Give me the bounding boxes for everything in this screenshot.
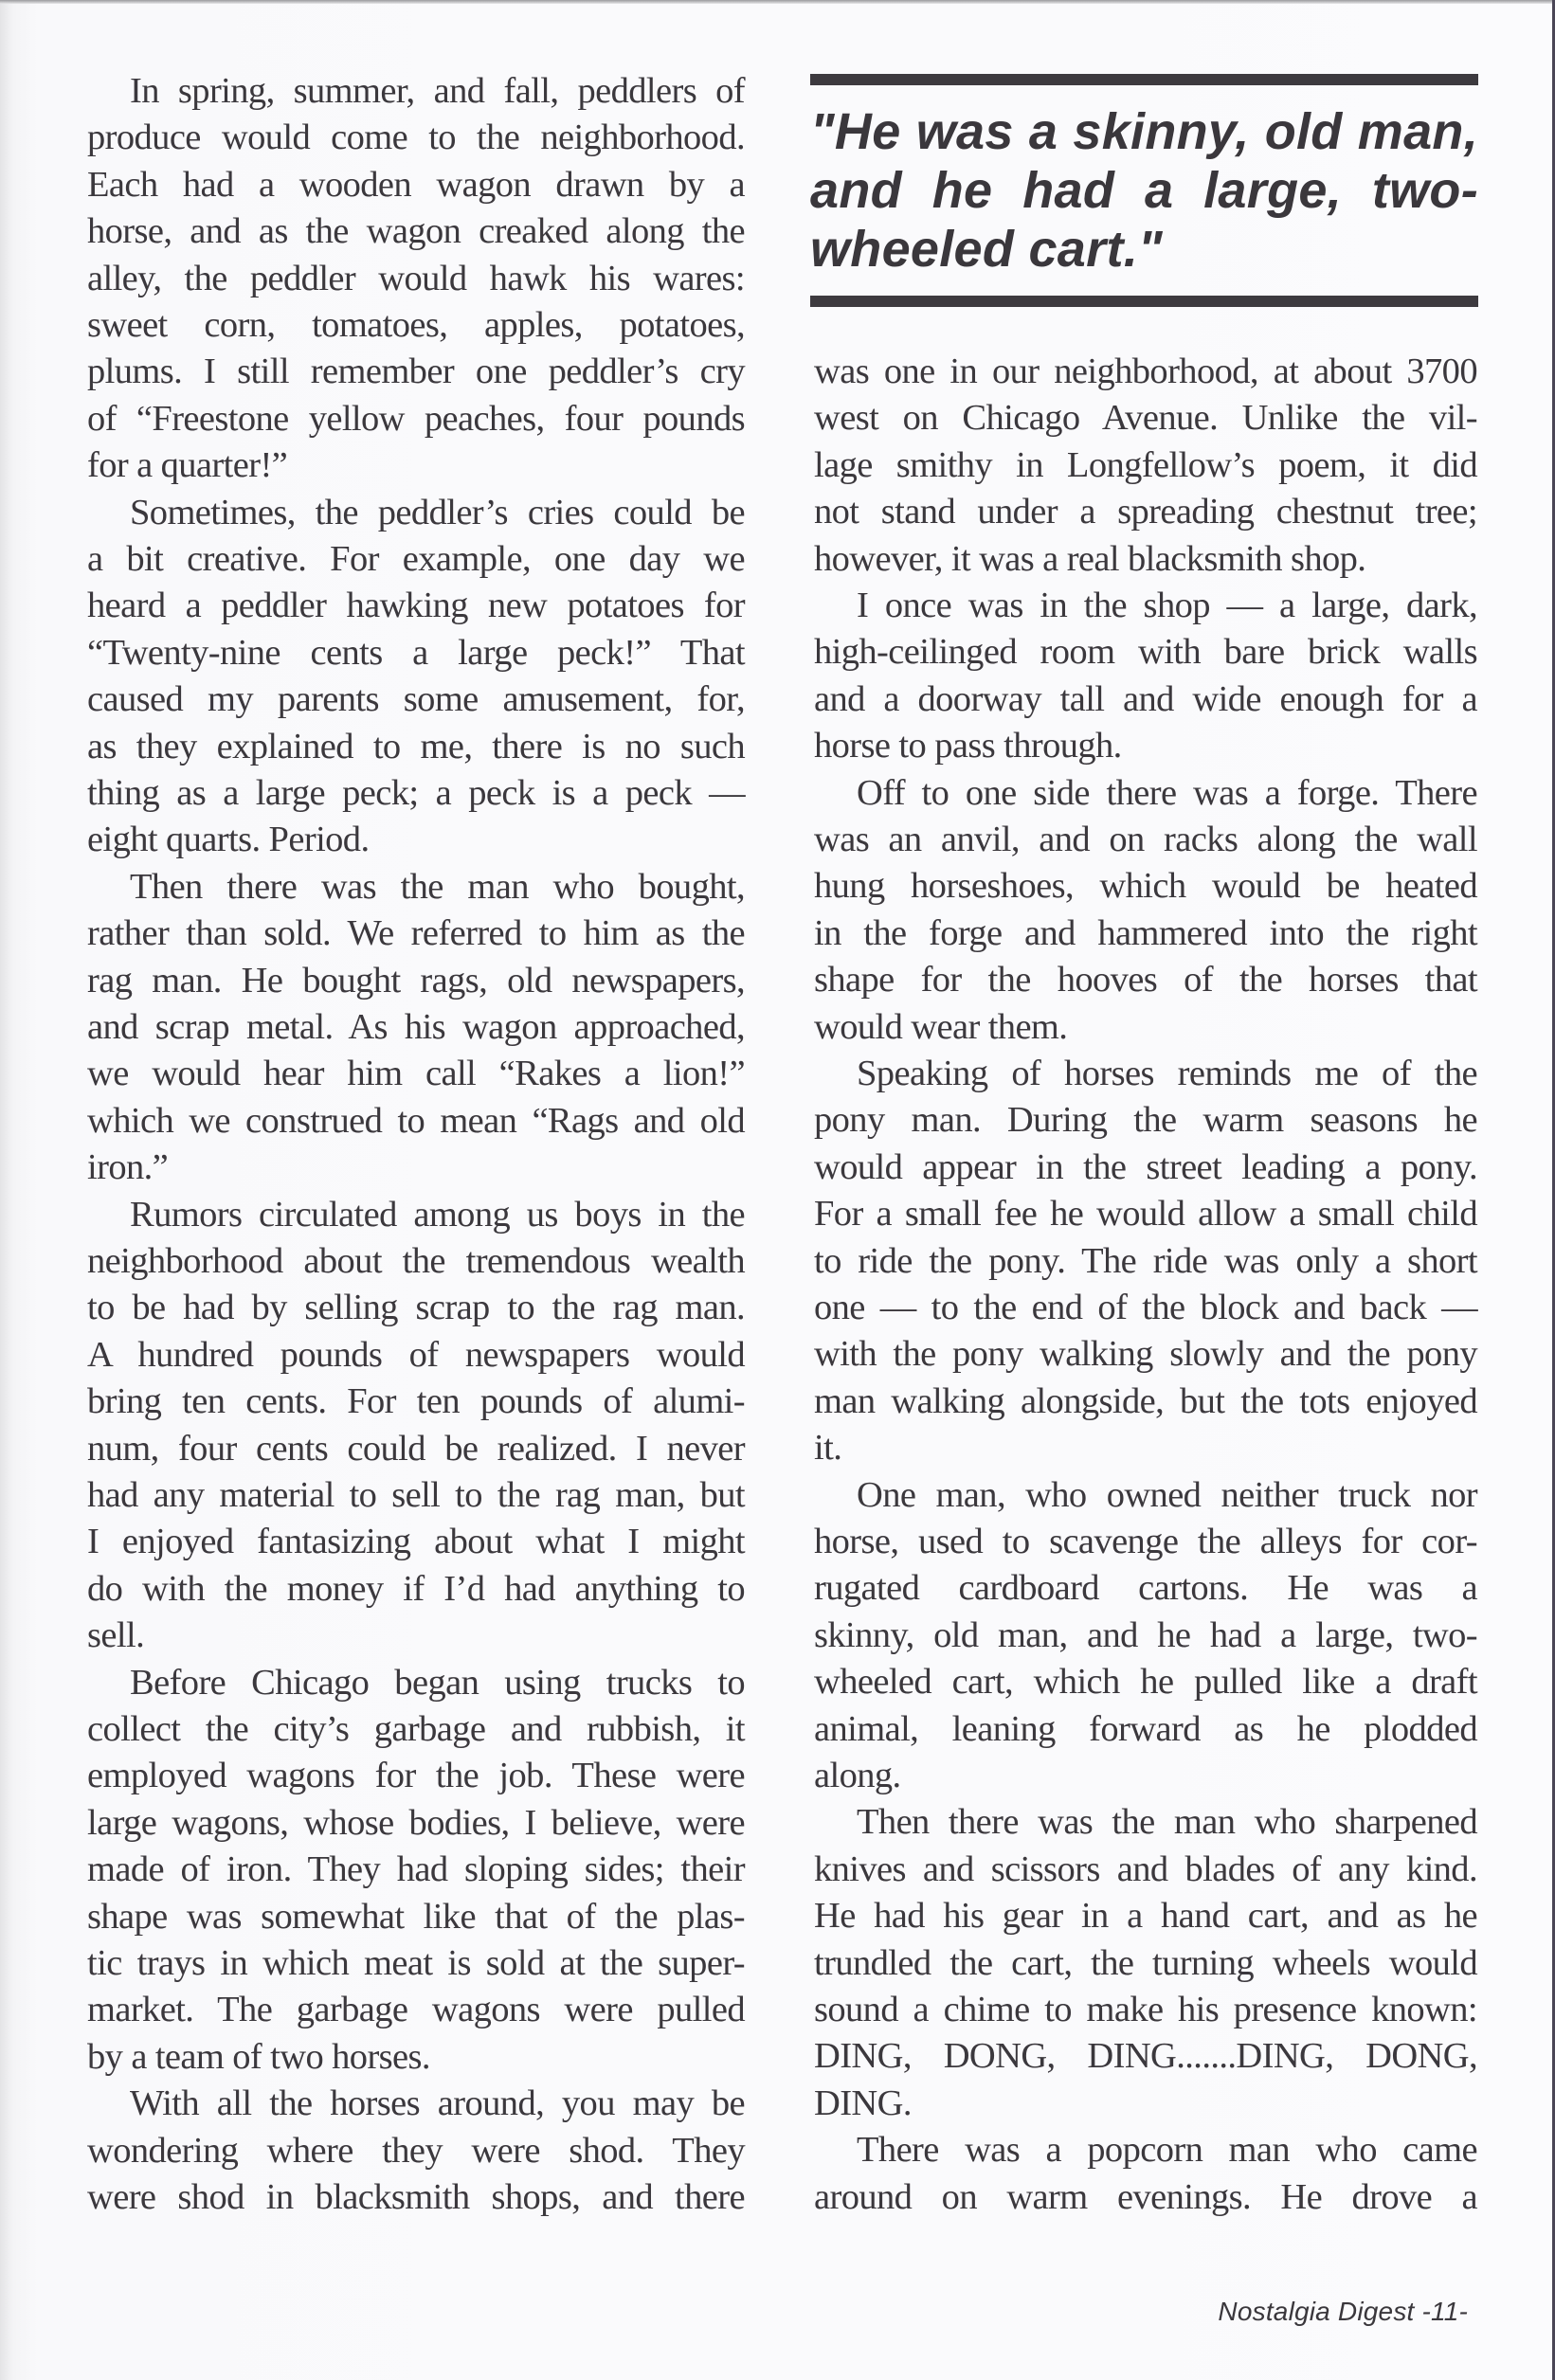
text-line: however, it was a real blacksmith shop. xyxy=(814,535,1477,583)
text-line: In spring, summer, and fall, peddlers of xyxy=(87,67,745,115)
text-line: it. xyxy=(814,1424,1477,1471)
text-line: large wagons, whose bodies, I believe, w… xyxy=(87,1799,745,1847)
text-line: high-ceilinged room with bare brick wall… xyxy=(814,628,1477,676)
text-line: Speaking of horses reminds me of the xyxy=(814,1050,1477,1097)
pull-quote-line: and he had a large, two- xyxy=(810,161,1478,220)
text-line: man walking alongside, but the tots enjo… xyxy=(814,1378,1477,1425)
text-line: knives and scissors and blades of any ki… xyxy=(814,1846,1477,1893)
text-line: wheeled cart, which he pulled like a dra… xyxy=(814,1658,1477,1705)
text-line: market. The garbage wagons were pulled xyxy=(87,1986,745,2033)
text-line: west on Chicago Avenue. Unlike the vil- xyxy=(814,394,1477,442)
text-line: One man, who owned neither truck nor xyxy=(814,1471,1477,1519)
text-line: which we construed to mean “Rags and old xyxy=(87,1097,745,1145)
text-line: made of iron. They had sloping sides; th… xyxy=(87,1846,745,1893)
text-line: For a small fee he would allow a small c… xyxy=(814,1190,1477,1237)
text-line: in the forge and hammered into the right xyxy=(814,910,1477,957)
text-line: Then there was the man who bought, xyxy=(87,863,745,911)
text-line: thing as a large peck; a peck is a peck … xyxy=(87,769,745,817)
pull-quote-bottom-rule xyxy=(810,296,1478,307)
text-line: I enjoyed fantasizing about what I might xyxy=(87,1518,745,1565)
text-line: would appear in the street leading a pon… xyxy=(814,1144,1477,1191)
text-line: horse, and as the wagon creaked along th… xyxy=(87,207,745,255)
text-line: There was a popcorn man who came xyxy=(814,2126,1477,2173)
text-line: “Twenty-nine cents a large peck!” That xyxy=(87,629,745,676)
pull-quote: "He was a skinny, old man, and he had a … xyxy=(810,74,1478,307)
text-line: A hundred pounds of newspapers would xyxy=(87,1331,745,1379)
text-line: to be had by selling scrap to the rag ma… xyxy=(87,1284,745,1331)
text-line: Off to one side there was a forge. There xyxy=(814,769,1477,817)
text-line: sell. xyxy=(87,1612,745,1659)
text-line: do with the money if I’d had anything to xyxy=(87,1565,745,1613)
text-line: a bit creative. For example, one day we xyxy=(87,535,745,583)
page-footer-folio: Nostalgia Digest -11- xyxy=(1218,2297,1468,2327)
pull-quote-line: "He was a skinny, old man, xyxy=(810,102,1478,161)
text-line: we would hear him call “Rakes a lion!” xyxy=(87,1050,745,1097)
text-line: wondering where they were shod. They xyxy=(87,2127,745,2174)
text-line: rugated cardboard cartons. He was a xyxy=(814,1564,1477,1612)
text-line: was one in our neighborhood, at about 37… xyxy=(814,348,1477,395)
page-top-edge xyxy=(0,0,1555,4)
text-line: was an anvil, and on racks along the wal… xyxy=(814,816,1477,863)
text-line: neighborhood about the tremendous wealth xyxy=(87,1237,745,1285)
text-line: caused my parents some amusement, for, xyxy=(87,676,745,723)
text-line: sound a chime to make his presence known… xyxy=(814,1986,1477,2033)
text-line: iron.” xyxy=(87,1144,745,1191)
text-line: Rumors circulated among us boys in the xyxy=(87,1191,745,1238)
text-line: of “Freestone yellow peaches, four pound… xyxy=(87,395,745,442)
text-line: collect the city’s garbage and rubbish, … xyxy=(87,1705,745,1753)
text-line: pony man. During the warm seasons he xyxy=(814,1096,1477,1144)
text-line: lage smithy in Longfellow’s poem, it did xyxy=(814,442,1477,489)
text-line: around on warm evenings. He drove a xyxy=(814,2173,1477,2221)
text-line: eight quarts. Period. xyxy=(87,816,745,863)
text-line: With all the horses around, you may be xyxy=(87,2080,745,2127)
text-line: DING. xyxy=(814,2080,1477,2127)
text-line: Before Chicago began using trucks to xyxy=(87,1659,745,1706)
text-line: shape for the hooves of the horses that xyxy=(814,956,1477,1003)
text-line: Each had a wooden wagon drawn by a xyxy=(87,161,745,208)
text-line: had any material to sell to the rag man,… xyxy=(87,1471,745,1519)
text-line: for a quarter!” xyxy=(87,442,745,489)
text-line: along. xyxy=(814,1752,1477,1799)
text-line: were shod in blacksmith shops, and there xyxy=(87,2173,745,2221)
text-line: shape was somewhat like that of the plas… xyxy=(87,1893,745,1940)
text-line: employed wagons for the job. These were xyxy=(87,1752,745,1799)
text-line: He had his gear in a hand cart, and as h… xyxy=(814,1892,1477,1939)
text-line: tic trays in which meat is sold at the s… xyxy=(87,1939,745,1987)
text-line: rag man. He bought rags, old newspapers, xyxy=(87,957,745,1004)
text-line: horse, used to scavenge the alleys for c… xyxy=(814,1518,1477,1565)
text-line: sweet corn, tomatoes, apples, potatoes, xyxy=(87,301,745,349)
text-line: Sometimes, the peddler’s cries could be xyxy=(87,489,745,536)
text-line: and a doorway tall and wide enough for a xyxy=(814,676,1477,723)
text-line: alley, the peddler would hawk his wares: xyxy=(87,255,745,302)
text-line: skinny, old man, and he had a large, two… xyxy=(814,1612,1477,1659)
pull-quote-top-rule xyxy=(810,74,1478,85)
text-line: heard a peddler hawking new potatoes for xyxy=(87,582,745,629)
pull-quote-line: wheeled cart." xyxy=(810,220,1478,279)
text-line: horse to pass through. xyxy=(814,722,1477,769)
text-line: would wear them. xyxy=(814,1003,1477,1051)
text-line: animal, leaning forward as he plodded xyxy=(814,1705,1477,1753)
text-line: Then there was the man who sharpened xyxy=(814,1798,1477,1846)
text-line: not stand under a spreading chestnut tre… xyxy=(814,488,1477,535)
text-line: num, four cents could be realized. I nev… xyxy=(87,1425,745,1472)
text-line: plums. I still remember one peddler’s cr… xyxy=(87,348,745,395)
text-line: to ride the pony. The ride was only a sh… xyxy=(814,1237,1477,1285)
text-line: DING, DONG, DING.......DING, DONG, xyxy=(814,2032,1477,2080)
text-line: hung horseshoes, which would be heated xyxy=(814,862,1477,910)
text-line: as they explained to me, there is no suc… xyxy=(87,723,745,770)
magazine-page: In spring, summer, and fall, peddlers of… xyxy=(0,0,1555,2380)
text-line: I once was in the shop — a large, dark, xyxy=(814,582,1477,629)
text-line: one — to the end of the block and back — xyxy=(814,1284,1477,1331)
text-line: produce would come to the neighborhood. xyxy=(87,114,745,161)
text-line: trundled the cart, the turning wheels wo… xyxy=(814,1939,1477,1987)
text-line: with the pony walking slowly and the pon… xyxy=(814,1330,1477,1378)
text-line: rather than sold. We referred to him as … xyxy=(87,910,745,957)
text-line: bring ten cents. For ten pounds of alumi… xyxy=(87,1378,745,1425)
text-line: and scrap metal. As his wagon approached… xyxy=(87,1003,745,1051)
text-line: by a team of two horses. xyxy=(87,2033,745,2081)
